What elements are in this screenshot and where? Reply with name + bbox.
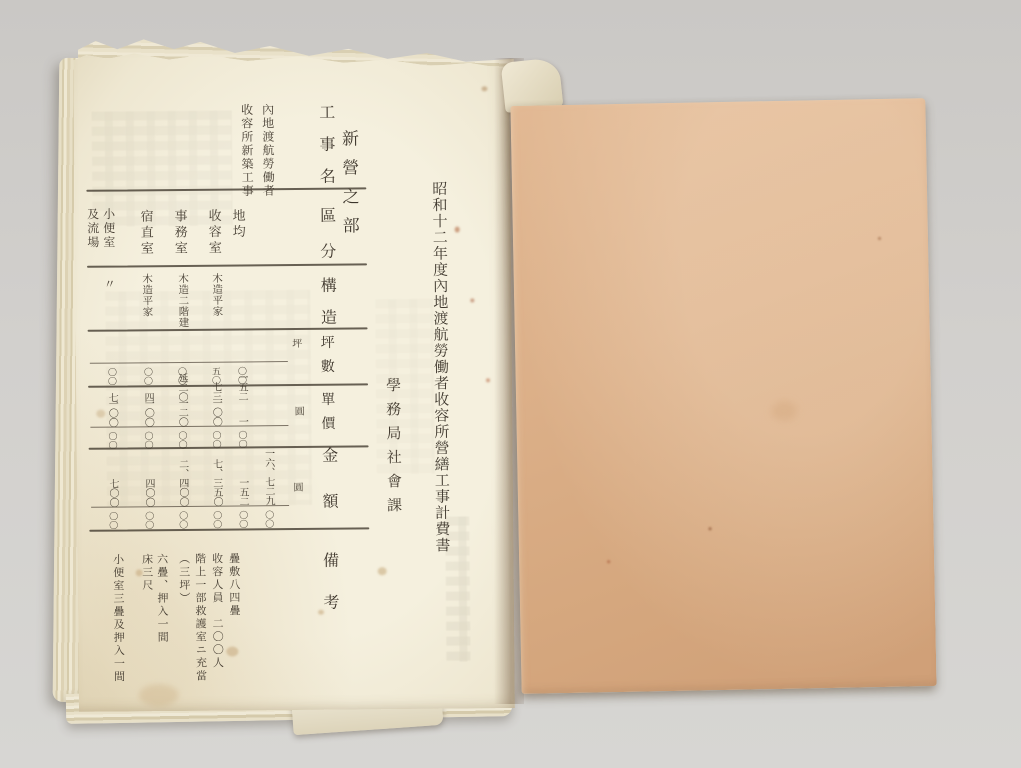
remarks-cell: 階上一部救護室ニ充當 — [192, 553, 209, 683]
speck — [709, 527, 712, 530]
foxing-spot — [318, 610, 324, 615]
label-unit-price: 單價 — [316, 392, 336, 440]
unit-price-decimal: 〇〇 — [176, 431, 189, 449]
label-area: 坪數 — [316, 335, 336, 383]
photo-background: 昭和十二年度內地渡航勞働者收容所營繕工事計費書 學務局社會課 新營之部 工事名 … — [0, 0, 1021, 768]
unit-yen: 圓 — [290, 406, 305, 416]
remarks-cell: 小便室三疊及押入一間 — [110, 553, 127, 683]
amount-value: 一五二 — [235, 477, 250, 506]
unit-price-decimal: 〇〇 — [106, 432, 119, 450]
amount-decimal: 〇〇 — [237, 510, 250, 528]
structure-cell: 木造平家 — [209, 273, 224, 317]
area-decimal: 五〇 — [210, 367, 223, 385]
area-decimal: 〇〇 — [142, 367, 155, 385]
area-decimal: 〇〇 — [176, 367, 189, 385]
structure-cell: 木造二階建 — [175, 273, 190, 328]
unit-price-decimal: 〇〇 — [236, 430, 249, 448]
category-cell: 及流場 — [84, 208, 101, 250]
label-structure: 構造 — [315, 277, 339, 341]
project-name-line2: 收容所新築工事 — [239, 103, 257, 198]
foxing-spot — [481, 86, 487, 91]
foxing-spot — [226, 646, 238, 656]
amount-decimal: 〇〇 — [143, 511, 156, 529]
amount-decimal: 〇〇 — [177, 511, 190, 529]
unit-price-value: 一 — [234, 416, 249, 426]
foxing-spot — [486, 378, 490, 382]
foxing-spot — [96, 410, 105, 418]
area-decimal: 〇〇 — [236, 366, 249, 384]
amount-value: 七〇〇 — [105, 478, 120, 507]
label-remarks: 備考 — [318, 552, 342, 636]
amount-decimal: 〇〇 — [211, 511, 224, 529]
remarks-cell: 收容人員 二〇〇人 — [209, 553, 226, 670]
smudge — [771, 401, 797, 421]
book: 昭和十二年度內地渡航勞働者收容所營繕工事計費書 學務局社會課 新營之部 工事名 … — [0, 0, 1021, 768]
speck — [607, 560, 610, 563]
unit-price-value: 一〇〇 — [104, 398, 119, 427]
foxing-spot — [455, 227, 460, 233]
speck — [878, 237, 881, 240]
left-page: 昭和十二年度內地渡航勞働者收容所營繕工事計費書 學務局社會課 新營之部 工事名 … — [73, 46, 515, 712]
category-cell: 小便室 — [100, 208, 117, 250]
project-name-line1: 內地渡航勞働者 — [260, 103, 278, 198]
unit-price-value: 一二〇 — [174, 397, 189, 426]
amount-value: 二、四〇〇 — [175, 458, 190, 506]
structure-cell-ditto: 〃 — [101, 278, 118, 290]
unit-price-value: 一〇〇 — [208, 397, 223, 426]
department-label: 學務局社會課 — [382, 377, 404, 521]
stain — [139, 684, 179, 706]
remarks-cell: 六疊、押入一間 — [154, 553, 171, 644]
foxing-spot — [378, 567, 387, 575]
cover-page — [510, 98, 936, 694]
area-decimal: 〇〇 — [106, 368, 119, 386]
unit-price-decimal: 〇〇 — [142, 431, 155, 449]
remarks-cell: （三坪） — [176, 553, 192, 605]
remarks-cell: 疊敷八四疊 — [226, 552, 243, 617]
unit-tsubo: 坪 — [288, 338, 303, 348]
category-cell: 事務室 — [171, 209, 190, 257]
category-cell: 宿直室 — [137, 209, 156, 257]
amount-value: 四〇〇 — [141, 478, 156, 507]
total-amount-decimal: 〇〇 — [263, 510, 276, 528]
amount-decimal: 〇〇 — [107, 512, 120, 530]
foxing-spot — [470, 298, 474, 302]
label-category: 區分 — [314, 207, 338, 279]
structure-cell: 木造平家 — [139, 273, 154, 317]
total-amount-value: 一六、七二九 — [261, 448, 276, 505]
amount-value: 七、三五〇 — [209, 458, 224, 506]
foxing-spot — [136, 569, 143, 576]
document-title: 昭和十二年度內地渡航勞働者收容所營繕工事計費書 — [428, 181, 452, 554]
category-cell: 收容室 — [205, 209, 224, 257]
unit-yen: 圓 — [289, 482, 304, 492]
label-project-name: 工事名 — [314, 104, 338, 200]
category-cell: 地均 — [229, 208, 248, 240]
label-amount: 金額 — [317, 447, 341, 539]
unit-price-decimal: 〇〇 — [210, 431, 223, 449]
unit-price-value: 一〇〇 — [140, 398, 155, 427]
